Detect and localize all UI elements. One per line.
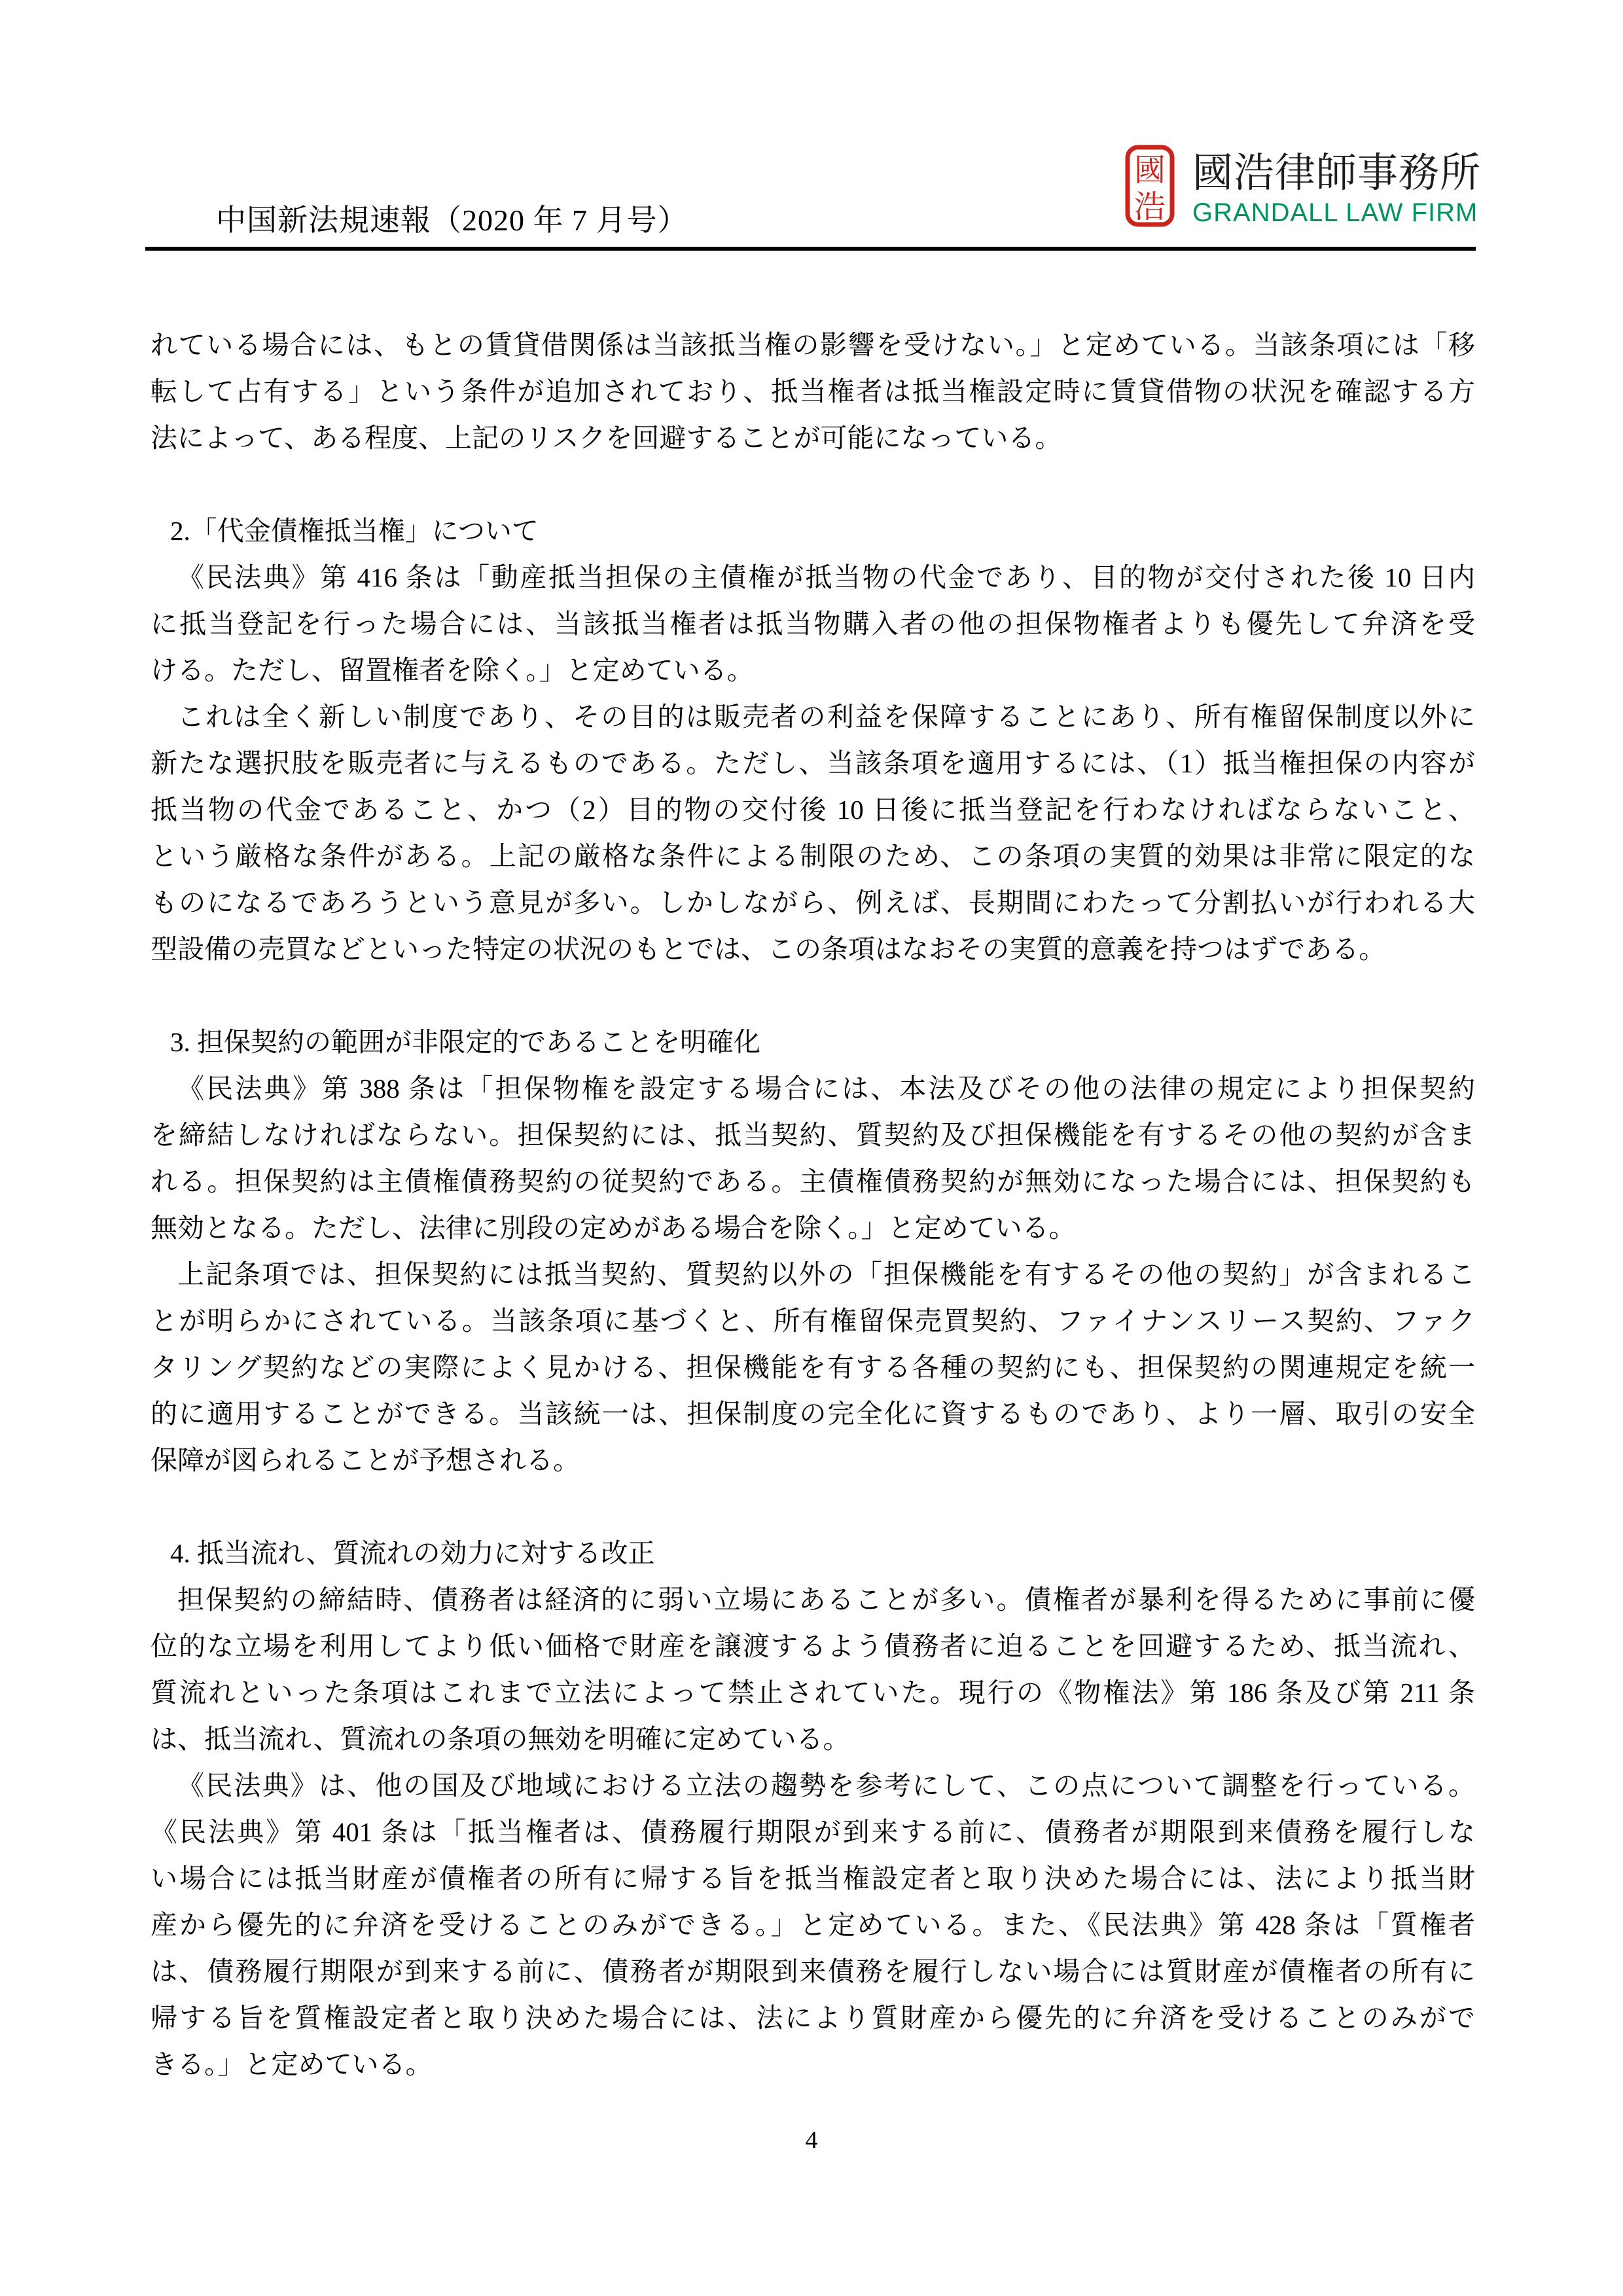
text-line: 的に適用することができる。当該統一は、担保制度の完全化に資するものであり、より一… [151, 1391, 1475, 1437]
text-line: 転して占有する」という条件が追加されており、抵当権者は抵当権設定時に賃貸借物の状… [151, 368, 1475, 415]
paragraph: 《民法典》第 388 条は「担保物権を設定する場合には、本法及びその他の法律の規… [151, 1066, 1475, 1251]
heading-line: 4. 抵当流れ、質流れの効力に対する改正 [151, 1530, 1475, 1577]
text-line: 保障が図られることが予想される。 [151, 1437, 1475, 1484]
logo-text: 國浩律師事務所 GRANDALL LAW FIRM [1192, 144, 1481, 228]
blank-line [151, 461, 1475, 508]
text-line: 《民法典》第 401 条は「抵当権者は、債務履行期限が到来する前に、債務者が期限… [151, 1809, 1475, 1856]
page-number: 4 [0, 2126, 1623, 2155]
text-line: という厳格な条件がある。上記の厳格な条件による制限のため、この条項の実質的効果は… [151, 833, 1475, 880]
text-line: 無効となる。ただし、法律に別段の定めがある場合を除く。」と定めている。 [151, 1205, 1475, 1251]
seal-char-top: 國 [1134, 153, 1166, 188]
grandall-logo: 國 浩 國浩律師事務所 GRANDALL LAW FIRM [1124, 144, 1481, 228]
text-line: い場合には抵当財産が債権者の所有に帰する旨を抵当権設定者と取り決めた場合には、法… [151, 1856, 1475, 1902]
text-line: 位的な立場を利用してより低い価格で財産を譲渡するよう債務者に迫ることを回避するた… [151, 1623, 1475, 1670]
text-line: 担保契約の締結時、債務者は経済的に弱い立場にあることが多い。債権者が暴利を得るた… [151, 1577, 1475, 1623]
section-heading: 2.「代金債権抵当権」について [151, 508, 1475, 554]
heading-line: 2.「代金債権抵当権」について [151, 508, 1475, 554]
text-line: は、債務履行期限が到来する前に、債務者が期限到来債務を履行しない場合には質財産が… [151, 1948, 1475, 1995]
text-line: 型設備の売買などといった特定の状況のもとでは、この条項はなおその実質的意義を持つ… [151, 926, 1475, 973]
text-line: 上記条項では、担保契約には抵当契約、質契約以外の「担保機能を有するその他の契約」… [151, 1251, 1475, 1298]
text-line: タリング契約などの実際によく見かける、担保機能を有する各種の契約にも、担保契約の… [151, 1344, 1475, 1391]
blank-line [151, 1484, 1475, 1530]
text-line: れる。担保契約は主債権債務契約の従契約である。主債権債務契約が無効になった場合に… [151, 1158, 1475, 1205]
text-line: れている場合には、もとの賃貸借関係は当該抵当権の影響を受けない。」と定めている。… [151, 322, 1475, 368]
section-heading: 4. 抵当流れ、質流れの効力に対する改正 [151, 1530, 1475, 1577]
text-line: とが明らかにされている。当該条項に基づくと、所有権留保売買契約、ファイナンスリー… [151, 1298, 1475, 1344]
paragraph: れている場合には、もとの賃貸借関係は当該抵当権の影響を受けない。」と定めている。… [151, 322, 1475, 461]
blank-line [151, 461, 1475, 508]
text-line: ける。ただし、留置権者を除く。」と定めている。 [151, 647, 1475, 694]
paragraph: 《民法典》第 416 条は「動産抵当担保の主債権が抵当物の代金であり、目的物が交… [151, 554, 1475, 694]
seal-char-bottom: 浩 [1134, 190, 1166, 224]
blank-line [151, 973, 1475, 1019]
text-line: 帰する旨を質権設定者と取り決めた場合には、法により質財産から優先的に弁済を受ける… [151, 1995, 1475, 2041]
newsletter-title: 中国新法規速報（2020 年 7 月号） [216, 196, 688, 240]
paragraph: これは全く新しい制度であり、その目的は販売者の利益を保障することにあり、所有権留… [151, 694, 1475, 973]
header-divider [145, 247, 1476, 251]
logo-name-cjk: 國浩律師事務所 [1192, 152, 1481, 194]
text-line: 新たな選択肢を販売者に与えるものである。ただし、当該条項を適用するには、（1）抵… [151, 740, 1475, 787]
text-line: ものになるであろうという意見が多い。しかしながら、例えば、長期間にわたって分割払… [151, 880, 1475, 926]
section-heading: 3. 担保契約の範囲が非限定的であることを明確化 [151, 1019, 1475, 1066]
document-page: 中国新法規速報（2020 年 7 月号） 國 浩 國浩律師事務所 GRANDAL… [0, 0, 1623, 2296]
paragraph: 担保契約の締結時、債務者は経済的に弱い立場にあることが多い。債権者が暴利を得るた… [151, 1577, 1475, 1763]
paragraph: 《民法典》は、他の国及び地域における立法の趨勢を参考にして、この点について調整を… [151, 1763, 1475, 2088]
paragraph: 上記条項では、担保契約には抵当契約、質契約以外の「担保機能を有するその他の契約」… [151, 1251, 1475, 1484]
text-line: これは全く新しい制度であり、その目的は販売者の利益を保障することにあり、所有権留… [151, 694, 1475, 740]
text-line: は、抵当流れ、質流れの条項の無効を明確に定めている。 [151, 1716, 1475, 1763]
heading-line: 3. 担保契約の範囲が非限定的であることを明確化 [151, 1019, 1475, 1066]
text-line: 法によって、ある程度、上記のリスクを回避することが可能になっている。 [151, 415, 1475, 461]
document-body: れている場合には、もとの賃貸借関係は当該抵当権の影響を受けない。」と定めている。… [151, 322, 1475, 2088]
text-line: 《民法典》は、他の国及び地域における立法の趨勢を参考にして、この点について調整を… [151, 1763, 1475, 1809]
text-line: 産から優先的に弁済を受けることのみができる。」と定めている。また、《民法典》第 … [151, 1902, 1475, 1948]
blank-line [151, 1484, 1475, 1530]
text-line: 《民法典》第 388 条は「担保物権を設定する場合には、本法及びその他の法律の規… [151, 1066, 1475, 1112]
text-line: 質流れといった条項はこれまで立法によって禁止されていた。現行の《物権法》第 18… [151, 1670, 1475, 1716]
blank-line [151, 973, 1475, 1019]
text-line: を締結しなければならない。担保契約には、抵当契約、質契約及び担保機能を有するその… [151, 1112, 1475, 1158]
text-line: 抵当物の代金であること、かつ（2）目的物の交付後 10 日後に抵当登記を行わなけ… [151, 787, 1475, 833]
grandall-seal-icon: 國 浩 [1124, 144, 1175, 228]
text-line: に抵当登記を行った場合には、当該抵当権者は抵当物購入者の他の担保物権者よりも優先… [151, 601, 1475, 647]
logo-name-en: GRANDALL LAW FIRM [1192, 198, 1481, 228]
text-line: きる。」と定めている。 [151, 2041, 1475, 2088]
text-line: 《民法典》第 416 条は「動産抵当担保の主債権が抵当物の代金であり、目的物が交… [151, 554, 1475, 601]
